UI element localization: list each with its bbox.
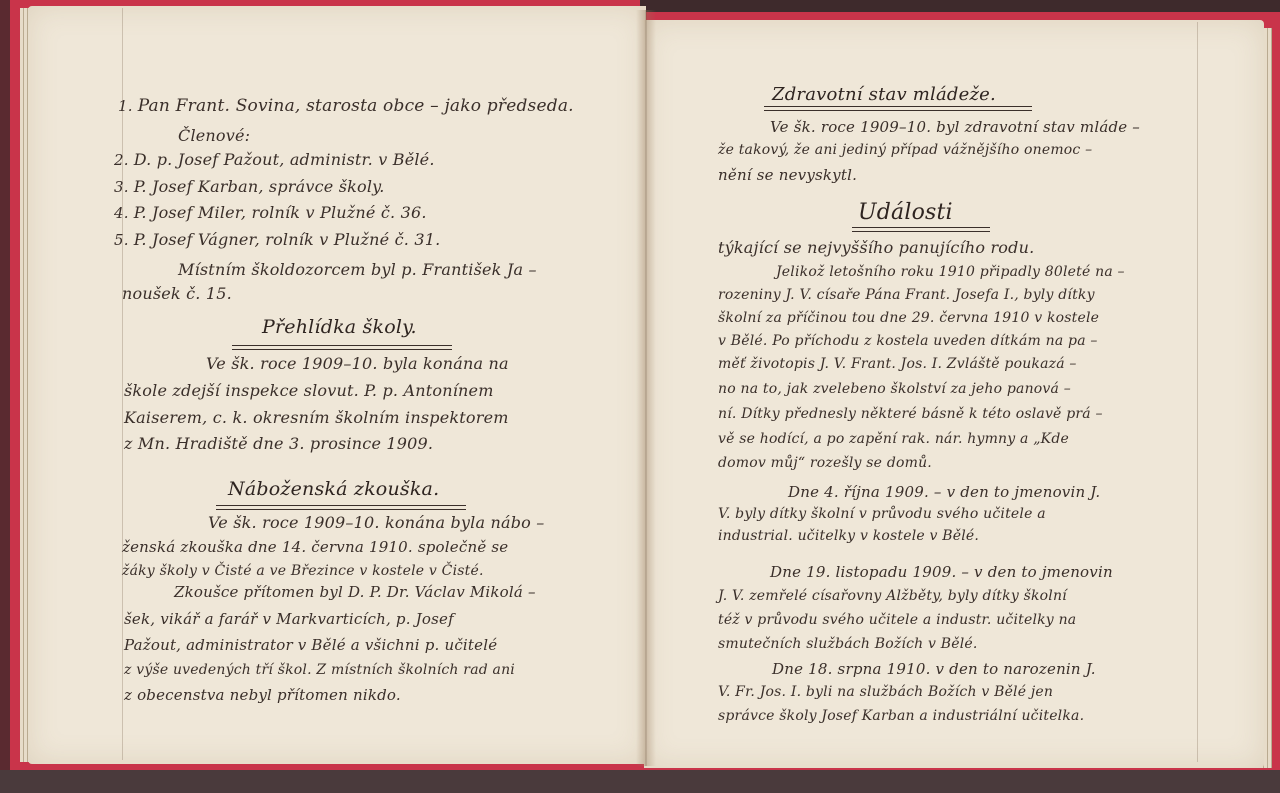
events-line-2: rozeniny J. V. císaře Pána Frant. Josefa…	[718, 287, 1095, 303]
events-line-4: v Bělé. Po příchodu z kostela uveden dít…	[718, 333, 1098, 349]
events-line-1: Jelikož letošního roku 1910 připadly 80l…	[776, 264, 1125, 280]
aug-line-1: Dne 18. srpna 1910. v den to narozenin J…	[772, 660, 1096, 678]
heading-underline	[852, 227, 990, 232]
heading-underline	[764, 106, 1032, 111]
events-line-3: školní za příčinou tou dne 29. června 19…	[718, 310, 1099, 326]
events-line-5: měť životopis J. V. Frant. Jos. I. Zvláš…	[718, 356, 1077, 372]
nov-line-4: smutečních službách Božích v Bělé.	[718, 636, 978, 652]
aug-line-2: V. Fr. Jos. I. byli na službách Božích v…	[718, 684, 1053, 700]
events-line-7: ní. Dítky přednesly některé básně k této…	[718, 406, 1103, 422]
oct-line-2: V. byly dítky školní v průvodu svého uči…	[718, 506, 1046, 522]
nov-line-2: J. V. zemřelé císařovny Alžběty, byly dí…	[718, 588, 1067, 604]
nov-line-1: Dne 19. listopadu 1909. – v den to jmeno…	[770, 563, 1113, 581]
events-line-9: domov můj“ rozešly se domů.	[718, 455, 932, 471]
events-line-6: no na to, jak zvelebeno školství za jeho…	[718, 381, 1071, 397]
events-subtitle: týkající se nejvyššího panujícího rodu.	[718, 238, 1034, 257]
oct-line-3: industrial. učitelky v kostele v Bělé.	[718, 528, 979, 544]
health-line-3: nění se nevyskytl.	[718, 166, 857, 184]
health-line-2: že takový, že ani jediný případ vážnější…	[718, 142, 1092, 158]
events-line-8: vě se hodící, a po zapění rak. nár. hymn…	[718, 431, 1069, 447]
heading-events: Události	[858, 200, 953, 225]
heading-health: Zdravotní stav mládeže.	[772, 84, 996, 105]
health-line-1: Ve šk. roce 1909–10. byl zdravotní stav …	[770, 118, 1140, 136]
nov-line-3: též v průvodu svého učitele a industr. u…	[718, 612, 1076, 628]
aug-line-3: správce školy Josef Karban a industriáln…	[718, 708, 1084, 724]
oct-line-1: Dne 4. října 1909. – v den to jmenovin J…	[788, 483, 1100, 501]
right-page-text: Zdravotní stav mládeže. Ve šk. roce 1909…	[0, 0, 1280, 793]
